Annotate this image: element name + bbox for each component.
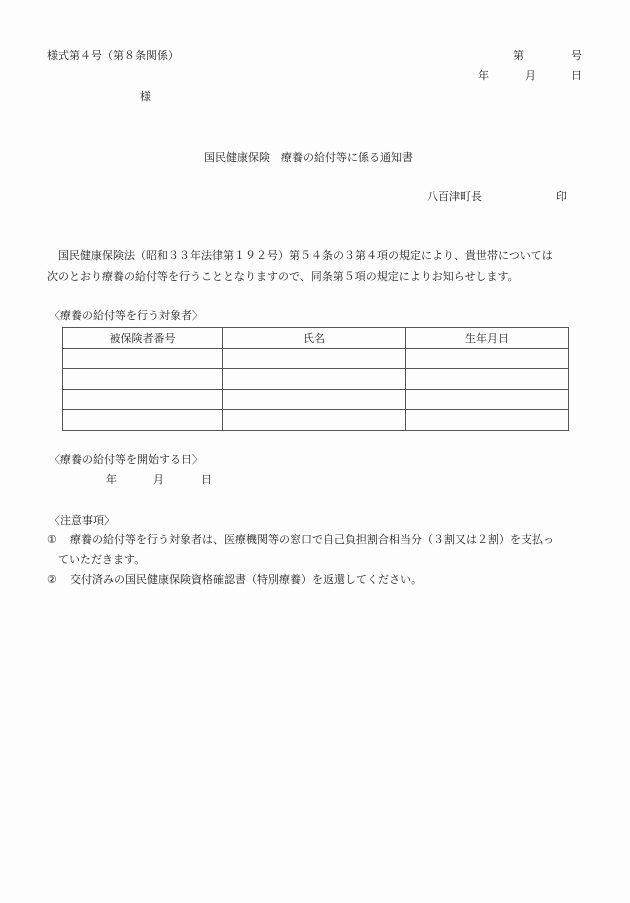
- cell-insured-number[interactable]: [63, 410, 223, 431]
- column-header-insured-number: 被保険者番号: [63, 328, 223, 349]
- note-2-marker: ②: [47, 573, 57, 587]
- document-number-prefix: 第: [513, 49, 524, 63]
- table-row: [63, 410, 569, 431]
- cell-name[interactable]: [223, 389, 406, 410]
- form-number: 様式第４号（第８条関係）: [47, 49, 179, 63]
- start-date-day: 日: [201, 473, 212, 487]
- cell-insured-number[interactable]: [63, 369, 223, 390]
- table-header-row: 被保険者番号 氏名 生年月日: [63, 328, 569, 349]
- cell-birthdate[interactable]: [406, 410, 569, 431]
- table-row: [63, 389, 569, 410]
- cell-insured-number[interactable]: [63, 348, 223, 369]
- notes-heading: 〈注意事項〉: [49, 514, 115, 528]
- column-header-name: 氏名: [223, 328, 406, 349]
- start-date-heading: 〈療養の給付等を開始する日〉: [49, 453, 203, 467]
- note-2-text: 交付済みの国民健康保険資格確認書（特別療養）を返還してください。: [70, 573, 422, 587]
- cell-name[interactable]: [223, 410, 406, 431]
- note-1-text-continued: ていただきます。: [58, 553, 145, 567]
- table-row: [63, 348, 569, 369]
- note-1-marker: ①: [47, 533, 57, 547]
- issuer-seal: 印: [556, 190, 567, 204]
- cell-birthdate[interactable]: [406, 369, 569, 390]
- column-header-birthdate: 生年月日: [406, 328, 569, 349]
- issuer-name: 八百津町長: [427, 190, 482, 204]
- addressee-suffix: 様: [140, 90, 151, 104]
- cell-birthdate[interactable]: [406, 389, 569, 410]
- cell-name[interactable]: [223, 348, 406, 369]
- note-1-text: 療養の給付等を行う対象者は、医療機関等の窓口で自己負担割合相当分（３割又は２割）…: [70, 533, 554, 547]
- cell-insured-number[interactable]: [63, 389, 223, 410]
- start-date-year: 年: [106, 473, 117, 487]
- document-title: 国民健康保険 療養の給付等に係る通知書: [204, 151, 413, 165]
- table-row: [63, 369, 569, 390]
- body-line-2: 次のとおり療養の給付等を行うこととなりますので、同条第５項の規定によりお知らせし…: [47, 270, 519, 284]
- document-number-suffix: 号: [571, 49, 582, 63]
- cell-name[interactable]: [223, 369, 406, 390]
- cell-birthdate[interactable]: [406, 348, 569, 369]
- issue-date-month: 月: [525, 69, 536, 83]
- issue-date-day: 日: [571, 69, 582, 83]
- issue-date-year: 年: [478, 69, 489, 83]
- start-date-month: 月: [153, 473, 164, 487]
- body-line-1: 国民健康保険法（昭和３３年法律第１９２号）第５４条の３第４項の規定により、貴世帯…: [58, 249, 553, 263]
- subjects-table: 被保険者番号 氏名 生年月日: [62, 327, 569, 431]
- subjects-heading: 〈療養の給付等を行う対象者〉: [49, 309, 203, 323]
